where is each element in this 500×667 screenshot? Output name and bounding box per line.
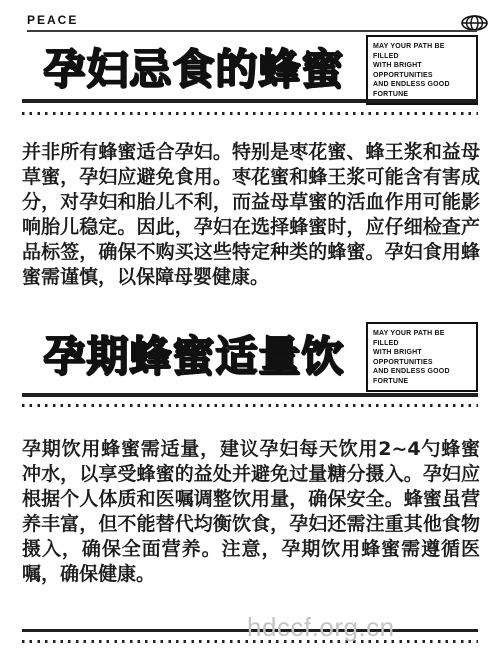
section1-motto-box: MAY YOUR PATH BE FILLED WITH BRIGHT OPPO… — [366, 35, 478, 105]
brand-label: PEACE — [27, 13, 78, 27]
section1-body: 并非所有蜂蜜适合孕妇。特别是枣花蜜、蜂王浆和益母草蜜，孕妇应避免食用。枣花蜜和蜂… — [22, 140, 480, 290]
poster-page: PEACE 孕妇忌食的蜂蜜 MAY YOUR PATH BE FILLED WI… — [0, 0, 500, 667]
motto-line: WITH BRIGHT OPPORTUNITIES — [373, 61, 472, 80]
section1-heavy-divider — [22, 99, 478, 103]
watermark-text: hdccf.org.cn — [247, 612, 395, 643]
section1-title-row: 孕妇忌食的蜂蜜 MAY YOUR PATH BE FILLED WITH BRI… — [22, 44, 478, 96]
section2-title: 孕期蜂蜜适量饮 — [43, 332, 344, 382]
section2-motto-box: MAY YOUR PATH BE FILLED WITH BRIGHT OPPO… — [366, 322, 478, 392]
motto-line: MAY YOUR PATH BE FILLED — [373, 329, 472, 348]
section1-dotted-divider — [22, 112, 478, 115]
globe-icon — [461, 15, 488, 31]
section2-heavy-divider — [22, 393, 478, 397]
section2-dotted-divider — [22, 404, 478, 407]
motto-line: WITH BRIGHT OPPORTUNITIES — [373, 348, 472, 367]
section1-title: 孕妇忌食的蜂蜜 — [43, 45, 344, 95]
section2-body: 孕期饮用蜂蜜需适量，建议孕妇每天饮用2~4勺蜂蜜冲水，以享受蜂蜜的益处并避免过量… — [22, 437, 480, 587]
section2-title-wrap: 孕期蜂蜜适量饮 — [22, 332, 366, 382]
motto-line: AND ENDLESS GOOD FORTUNE — [373, 367, 472, 386]
section1-title-wrap: 孕妇忌食的蜂蜜 — [22, 45, 366, 95]
motto-line: AND ENDLESS GOOD FORTUNE — [373, 80, 472, 99]
section2-title-row: 孕期蜂蜜适量饮 MAY YOUR PATH BE FILLED WITH BRI… — [22, 331, 478, 383]
motto-line: MAY YOUR PATH BE FILLED — [373, 42, 472, 61]
header-divider — [27, 30, 477, 32]
